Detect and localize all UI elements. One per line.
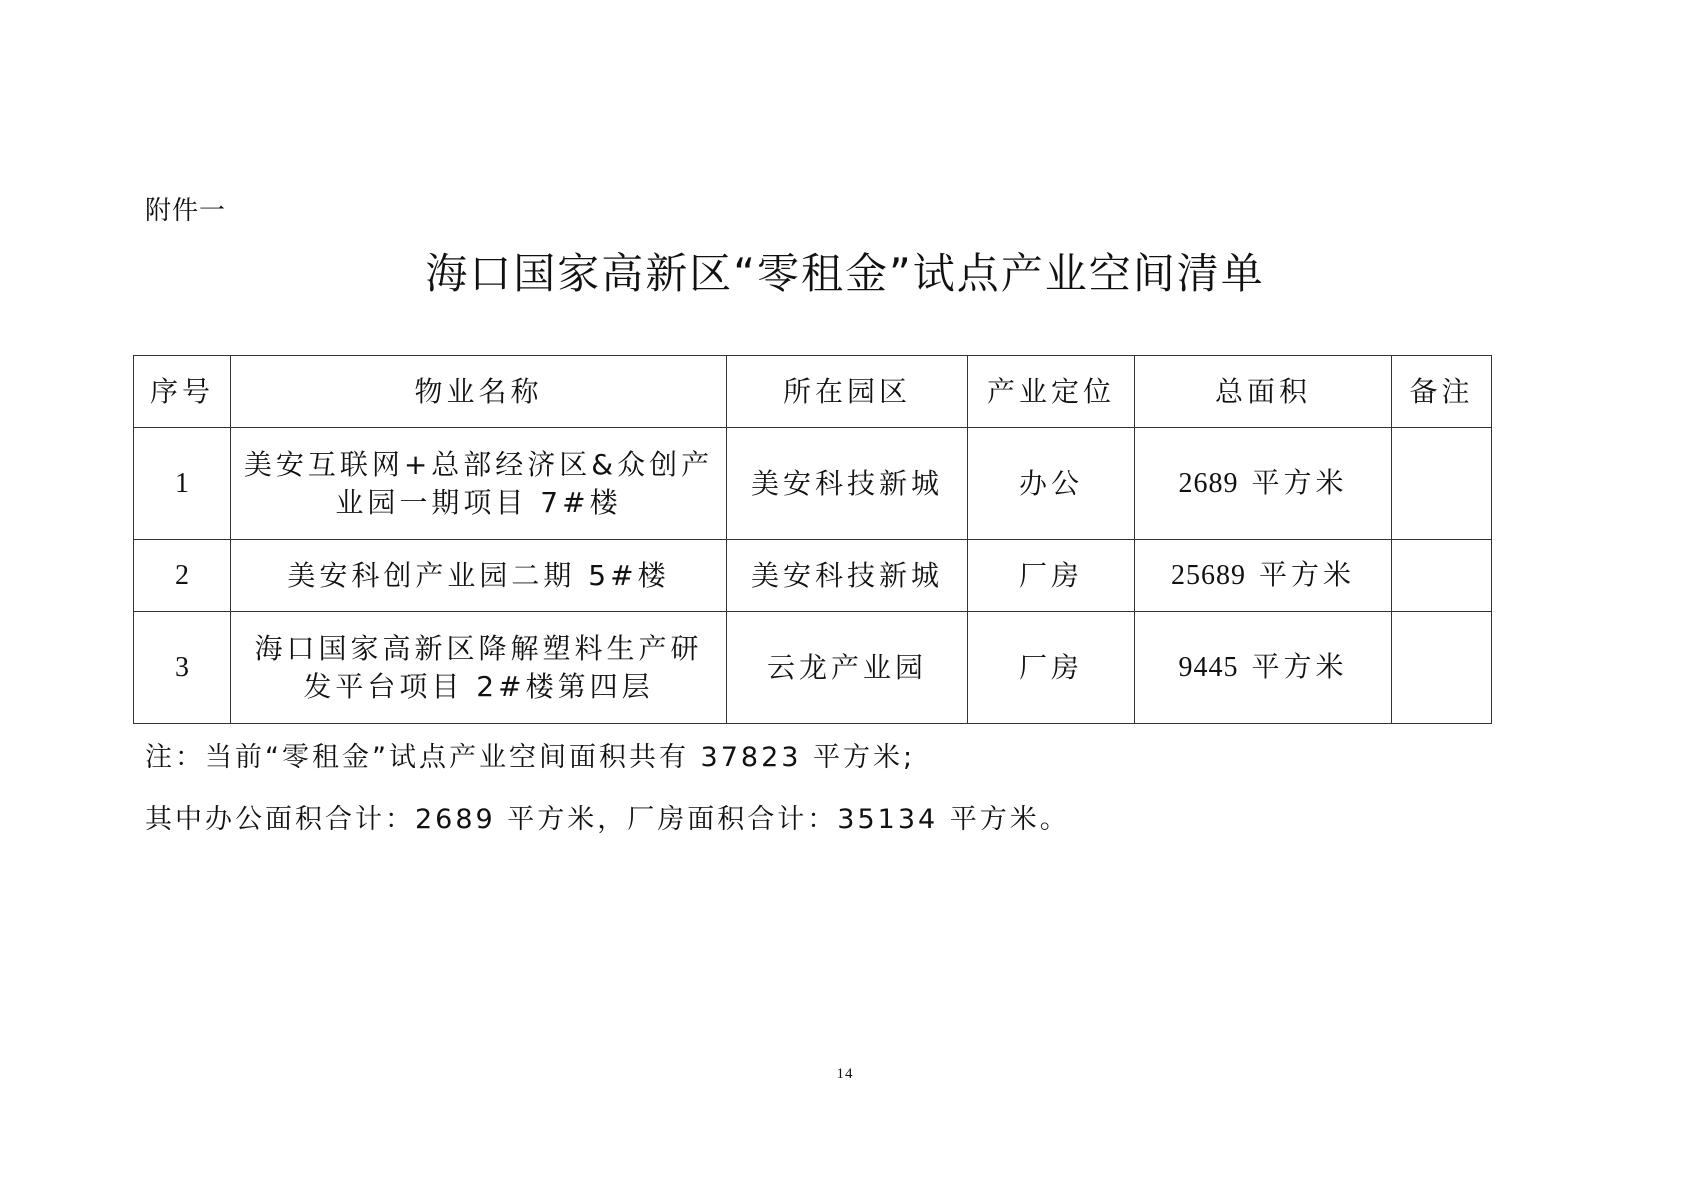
area-value: 9445 bbox=[1179, 652, 1239, 683]
area-unit: 平方米 bbox=[1251, 650, 1347, 683]
note-total-area: 注：当前“零租金”试点产业空间面积共有 37823 平方米; bbox=[145, 738, 1070, 800]
property-name-line: 美安互联网+总部经济区&众创产 bbox=[241, 446, 716, 484]
table-row: 1 美安互联网+总部经济区&众创产 业园一期项目 7#楼 美安科技新城 办公 2… bbox=[134, 428, 1492, 540]
cell-total-area: 9445 平方米 bbox=[1135, 612, 1392, 724]
note-area-breakdown: 其中办公面积合计：2689 平方米，厂房面积合计：35134 平方米。 bbox=[145, 800, 1070, 862]
cell-positioning: 办公 bbox=[968, 428, 1135, 540]
cell-total-area: 2689 平方米 bbox=[1135, 428, 1392, 540]
cell-property-name: 美安互联网+总部经济区&众创产 业园一期项目 7#楼 bbox=[231, 428, 727, 540]
cell-remarks bbox=[1392, 612, 1492, 724]
cell-park: 美安科技新城 bbox=[727, 428, 968, 540]
cell-positioning: 厂房 bbox=[968, 612, 1135, 724]
area-unit: 平方米 bbox=[1259, 558, 1355, 591]
cell-property-name: 美安科创产业园二期 5#楼 bbox=[231, 540, 727, 612]
table-row: 2 美安科创产业园二期 5#楼 美安科技新城 厂房 25689 平方米 bbox=[134, 540, 1492, 612]
cell-total-area: 25689 平方米 bbox=[1135, 540, 1392, 612]
attachment-label: 附件一 bbox=[145, 194, 226, 228]
table-header-row: 序号 物业名称 所在园区 产业定位 总面积 备注 bbox=[134, 356, 1492, 428]
property-name-line: 海口国家高新区降解塑料生产研 bbox=[241, 630, 716, 668]
header-property-name: 物业名称 bbox=[231, 356, 727, 428]
header-positioning: 产业定位 bbox=[968, 356, 1135, 428]
header-total-area: 总面积 bbox=[1135, 356, 1392, 428]
cell-seq: 3 bbox=[134, 612, 231, 724]
property-name-line: 发平台项目 2#楼第四层 bbox=[241, 668, 716, 706]
table-row: 3 海口国家高新区降解塑料生产研 发平台项目 2#楼第四层 云龙产业园 厂房 9… bbox=[134, 612, 1492, 724]
notes-section: 注：当前“零租金”试点产业空间面积共有 37823 平方米; 其中办公面积合计：… bbox=[145, 738, 1070, 862]
cell-park: 云龙产业园 bbox=[727, 612, 968, 724]
page-number: 14 bbox=[0, 1066, 1684, 1083]
area-unit: 平方米 bbox=[1251, 466, 1347, 499]
cell-seq: 1 bbox=[134, 428, 231, 540]
header-remarks: 备注 bbox=[1392, 356, 1492, 428]
cell-positioning: 厂房 bbox=[968, 540, 1135, 612]
area-value: 2689 bbox=[1179, 468, 1239, 499]
document-title: 海口国家高新区“零租金”试点产业空间清单 bbox=[0, 246, 1684, 302]
cell-remarks bbox=[1392, 428, 1492, 540]
property-name-line: 业园一期项目 7#楼 bbox=[241, 484, 716, 522]
industrial-space-table: 序号 物业名称 所在园区 产业定位 总面积 备注 1 美安互联网+总部经济区&众… bbox=[133, 355, 1492, 724]
cell-property-name: 海口国家高新区降解塑料生产研 发平台项目 2#楼第四层 bbox=[231, 612, 727, 724]
cell-park: 美安科技新城 bbox=[727, 540, 968, 612]
area-value: 25689 bbox=[1171, 560, 1246, 591]
cell-seq: 2 bbox=[134, 540, 231, 612]
cell-remarks bbox=[1392, 540, 1492, 612]
property-name-line: 美安科创产业园二期 5#楼 bbox=[241, 557, 716, 595]
header-park: 所在园区 bbox=[727, 356, 968, 428]
header-seq: 序号 bbox=[134, 356, 231, 428]
